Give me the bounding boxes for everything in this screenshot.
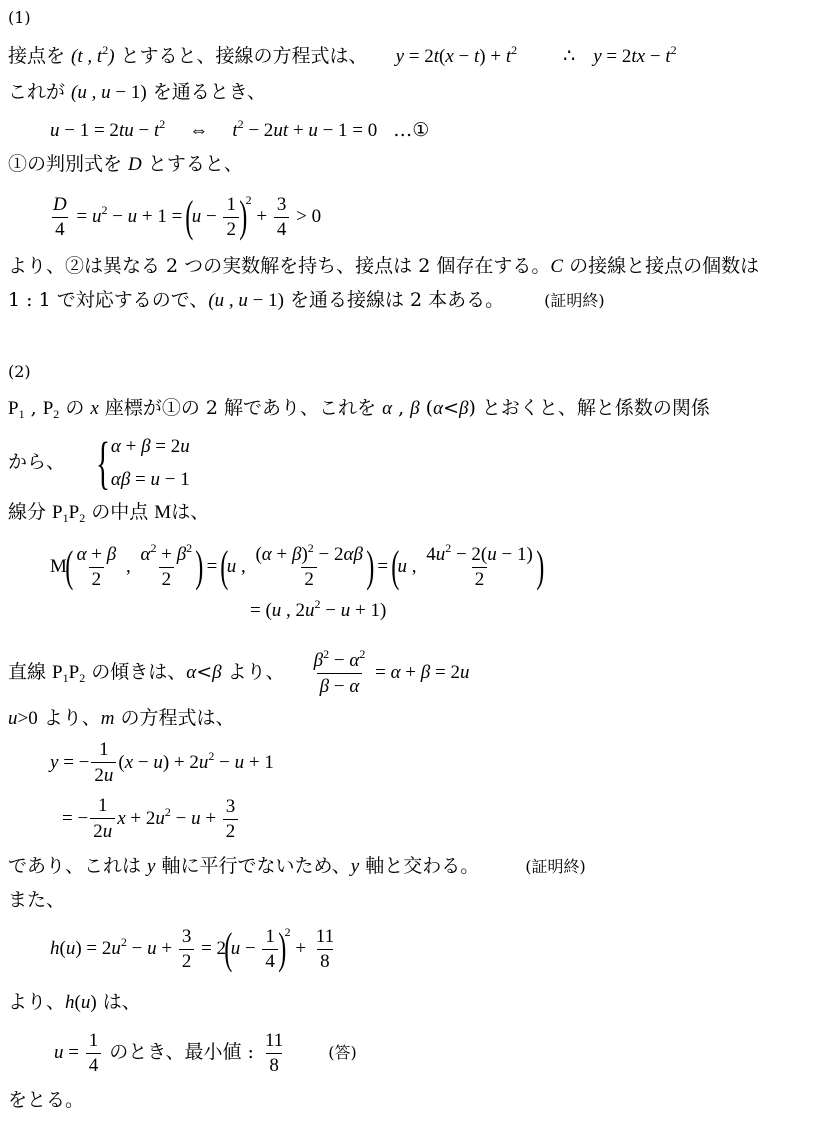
discriminant-equation: D4 = u2 − u + 1 = (u − 12)2 + 34 > 0 [48, 188, 321, 245]
midpoint-equation-1: M(α + β2 , α2 + β22) = (u , (α + β)2 − 2… [50, 536, 542, 597]
final-text: をとる。 [8, 1088, 84, 1112]
h-intro: より、h(u) は、 [8, 990, 141, 1015]
answer-line: u = 14 のとき、最小値 : 118(答) [54, 1022, 357, 1083]
midpoint-equation-2: = (u , 2u2 − u + 1) [250, 598, 386, 623]
y-axis-conclusion: であり、これは y 軸に平行でないため、y 軸と交わる。(証明終) [8, 854, 586, 879]
part2-label: (2) [8, 360, 31, 384]
tangent-line-equation: 接点を (t , t2) とすると、接線の方程式は、y = 2t(x − t) … [8, 44, 677, 69]
discriminant-intro: ①の判別式を D とすると、 [8, 152, 243, 177]
line-m-equation-1: y = −12u(x − u) + 2u2 − u + 1 [50, 734, 274, 791]
slope-statement: 直線 P1P2 の傾きは、α<β より、β2 − α2β − α = α + β… [8, 642, 469, 703]
also-text: また、 [8, 888, 65, 912]
part1-label: (1) [8, 6, 31, 30]
conclusion-line-2: 1 : 1 で対応するので、(u , u − 1) を通る接線は 2 本ある。(… [8, 288, 605, 313]
conclusion-line-1: より、②は異なる 2 つの実数解を持ち、接点は 2 個存在する。C の接線と接点… [8, 254, 759, 279]
midpoint-intro: 線分 P1P2 の中点 Mは、 [8, 500, 209, 525]
vieta-system: から、{α + β = 2uαβ = u − 1 [8, 430, 190, 496]
h-function-equation: h(u) = 2u2 − u + 32 = 2(u − 14)2 + 118 [50, 918, 339, 979]
line-m-intro: u>0 より、m の方程式は、 [8, 706, 235, 731]
quadratic-equation-1: u − 1 = 2tu − t2 ⇔ t2 − 2ut + u − 1 = 0…… [50, 118, 429, 143]
passing-point-statement: これが (u , u − 1) を通るとき、 [8, 80, 266, 105]
line-m-equation-2: = −12ux + 2u2 − u + 32 [62, 790, 240, 847]
roots-statement: P1 , P2 の x 座標が①の 2 解であり、これを α , β (α<β)… [8, 396, 710, 421]
